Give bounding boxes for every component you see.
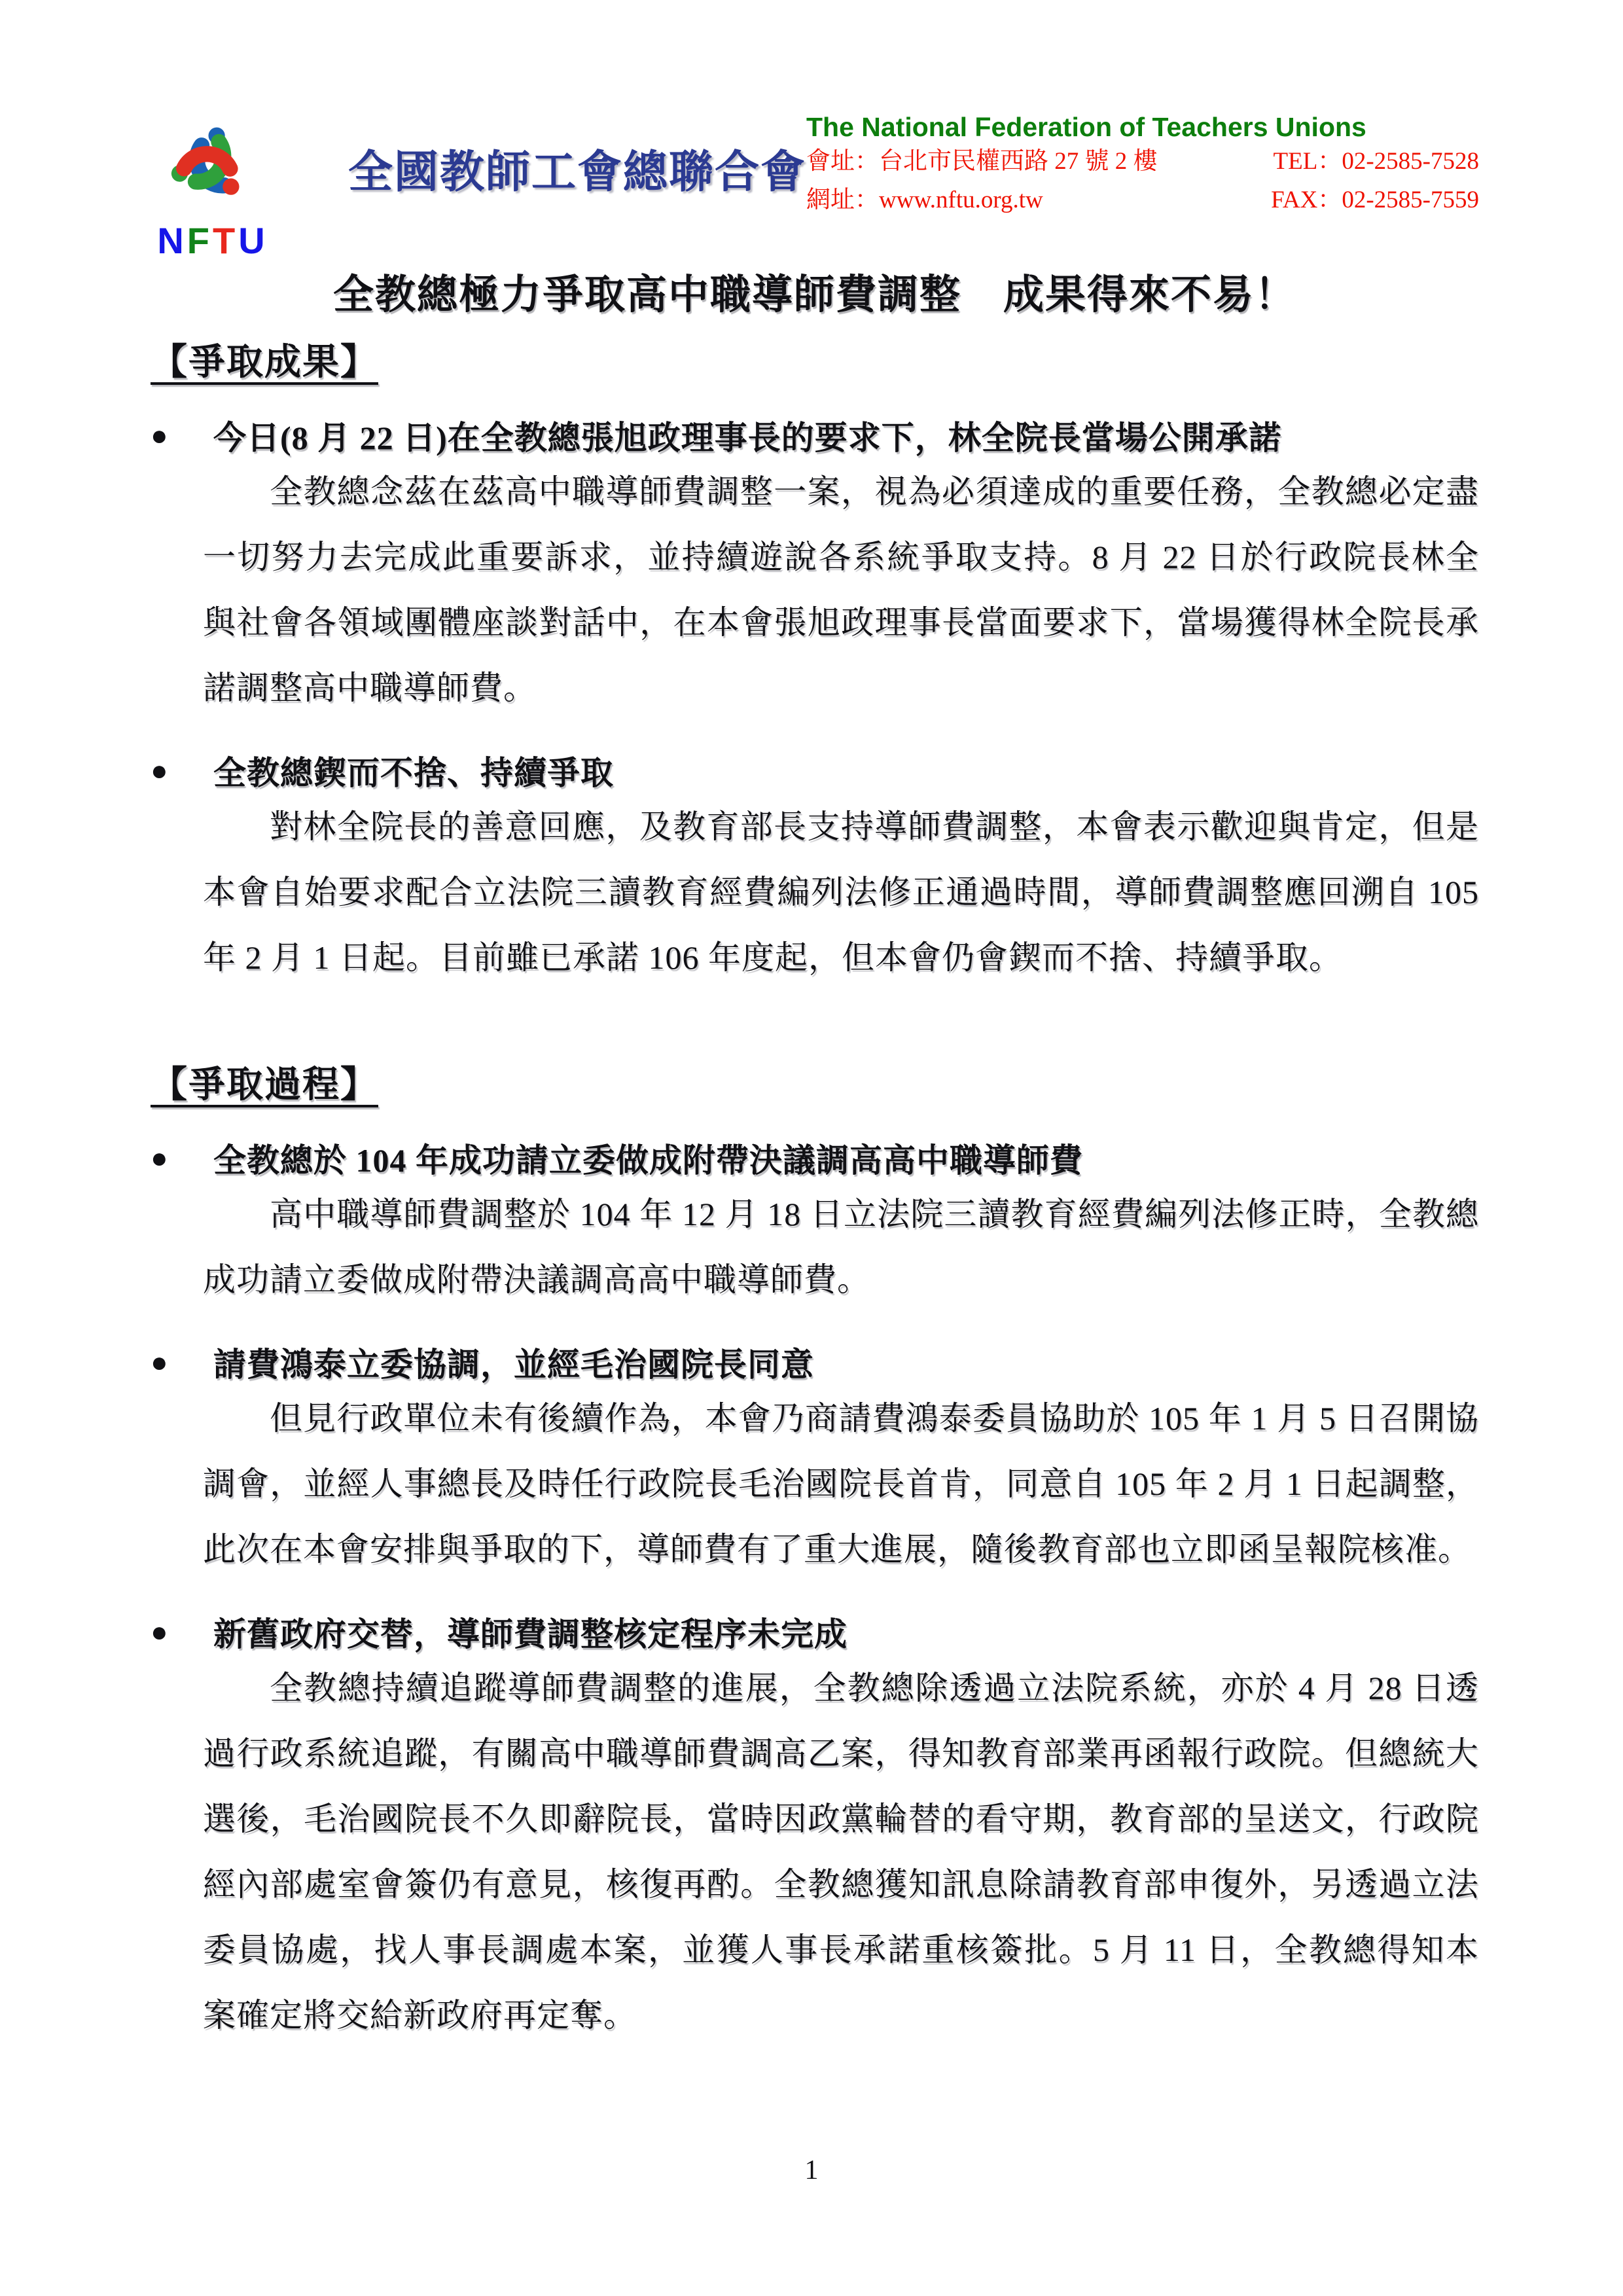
bullet-icon: ● — [151, 419, 213, 452]
item-heading: 全教總於 104 年成功請立委做成附帶決議調高高中職導師費 — [213, 1134, 1083, 1181]
website-text: 網址：www.nftu.org.tw — [806, 181, 1043, 219]
item-heading: 請費鴻泰立委協調，並經毛治國院長同意 — [213, 1338, 814, 1386]
section-heading: 【爭取過程】 — [151, 1056, 1479, 1108]
address-tel-row: 會址：台北市民權西路 27 號 2 樓 TEL：02-2585-7528 — [806, 143, 1479, 181]
org-name-calligraphy: 全國教師工會總聯合會 — [348, 137, 806, 200]
fax-text: FAX：02-2585-7559 — [1271, 181, 1479, 219]
list-item: ● 全教總於 104 年成功請立委做成附帶決議調高高中職導師費 高中職導師費調整… — [151, 1134, 1479, 1312]
list-item: ● 今日(8 月 22 日)在全教總張旭政理事長的要求下，林全院長當場公開承諾 … — [151, 412, 1479, 721]
nftu-logo-icon — [152, 108, 266, 223]
item-heading: 新舊政府交替，導師費調整核定程序未完成 — [213, 1608, 847, 1655]
bullet-icon: ● — [151, 1141, 213, 1175]
bullet-heading-line: ● 全教總鍥而不捨、持續爭取 — [151, 747, 1479, 794]
document-page: NFTU 全國教師工會總聯合會 The National Federation … — [0, 0, 1623, 2296]
item-paragraph: 對林全院長的善意回應，及教育部長支持導師費調整，本會表示歡迎與肯定，但是本會自始… — [203, 794, 1479, 990]
nftu-letter: N — [157, 220, 187, 261]
page-number: 1 — [0, 2155, 1623, 2186]
item-paragraph: 但見行政單位未有後續作為，本會乃商請費鴻泰委員協助於 105 年 1 月 5 日… — [203, 1386, 1479, 1582]
website-fax-row: 網址：www.nftu.org.tw FAX：02-2585-7559 — [806, 181, 1479, 219]
letterhead: NFTU 全國教師工會總聯合會 The National Federation … — [151, 108, 1479, 259]
nftu-letter: U — [238, 220, 268, 261]
section-process: 【爭取過程】 ● 全教總於 104 年成功請立委做成附帶決議調高高中職導師費 高… — [151, 1056, 1479, 2048]
list-item: ● 請費鴻泰立委協調，並經毛治國院長同意 但見行政單位未有後續作為，本會乃商請費… — [151, 1338, 1479, 1582]
bullet-heading-line: ● 新舊政府交替，導師費調整核定程序未完成 — [151, 1608, 1479, 1655]
contact-block: The National Federation of Teachers Unio… — [806, 108, 1479, 219]
item-heading: 全教總鍥而不捨、持續爭取 — [213, 747, 614, 794]
item-paragraph: 全教總持續追蹤導師費調整的進展，全教總除透過立法院系統，亦於 4 月 28 日透… — [203, 1655, 1479, 2048]
section-results: 【爭取成果】 ● 今日(8 月 22 日)在全教總張旭政理事長的要求下，林全院長… — [151, 333, 1479, 990]
tel-text: TEL：02-2585-7528 — [1274, 143, 1479, 181]
section-heading: 【爭取成果】 — [151, 333, 1479, 386]
org-name-english: The National Federation of Teachers Unio… — [806, 112, 1479, 143]
document-title: 全教總極力爭取高中職導師費調整 成果得來不易！ — [151, 262, 1479, 320]
bullet-icon: ● — [151, 1346, 213, 1379]
bullet-heading-line: ● 請費鴻泰立委協調，並經毛治國院長同意 — [151, 1338, 1479, 1386]
nftu-acronym: NFTU — [151, 223, 275, 259]
nftu-letter: T — [213, 220, 238, 261]
bullet-heading-line: ● 今日(8 月 22 日)在全教總張旭政理事長的要求下，林全院長當場公開承諾 — [151, 412, 1479, 459]
address-text: 會址：台北市民權西路 27 號 2 樓 — [806, 143, 1158, 181]
bullet-heading-line: ● 全教總於 104 年成功請立委做成附帶決議調高高中職導師費 — [151, 1134, 1479, 1181]
nftu-letter: F — [187, 220, 213, 261]
item-heading: 今日(8 月 22 日)在全教總張旭政理事長的要求下，林全院長當場公開承諾 — [213, 412, 1282, 459]
bullet-icon: ● — [151, 754, 213, 787]
nftu-logo: NFTU — [151, 108, 275, 259]
bullet-icon: ● — [151, 1615, 213, 1649]
item-paragraph: 全教總念茲在茲高中職導師費調整一案，視為必須達成的重要任務，全教總必定盡一切努力… — [203, 459, 1479, 721]
list-item: ● 全教總鍥而不捨、持續爭取 對林全院長的善意回應，及教育部長支持導師費調整，本… — [151, 747, 1479, 990]
list-item: ● 新舊政府交替，導師費調整核定程序未完成 全教總持續追蹤導師費調整的進展，全教… — [151, 1608, 1479, 2048]
item-paragraph: 高中職導師費調整於 104 年 12 月 18 日立法院三讀教育經費編列法修正時… — [203, 1181, 1479, 1312]
